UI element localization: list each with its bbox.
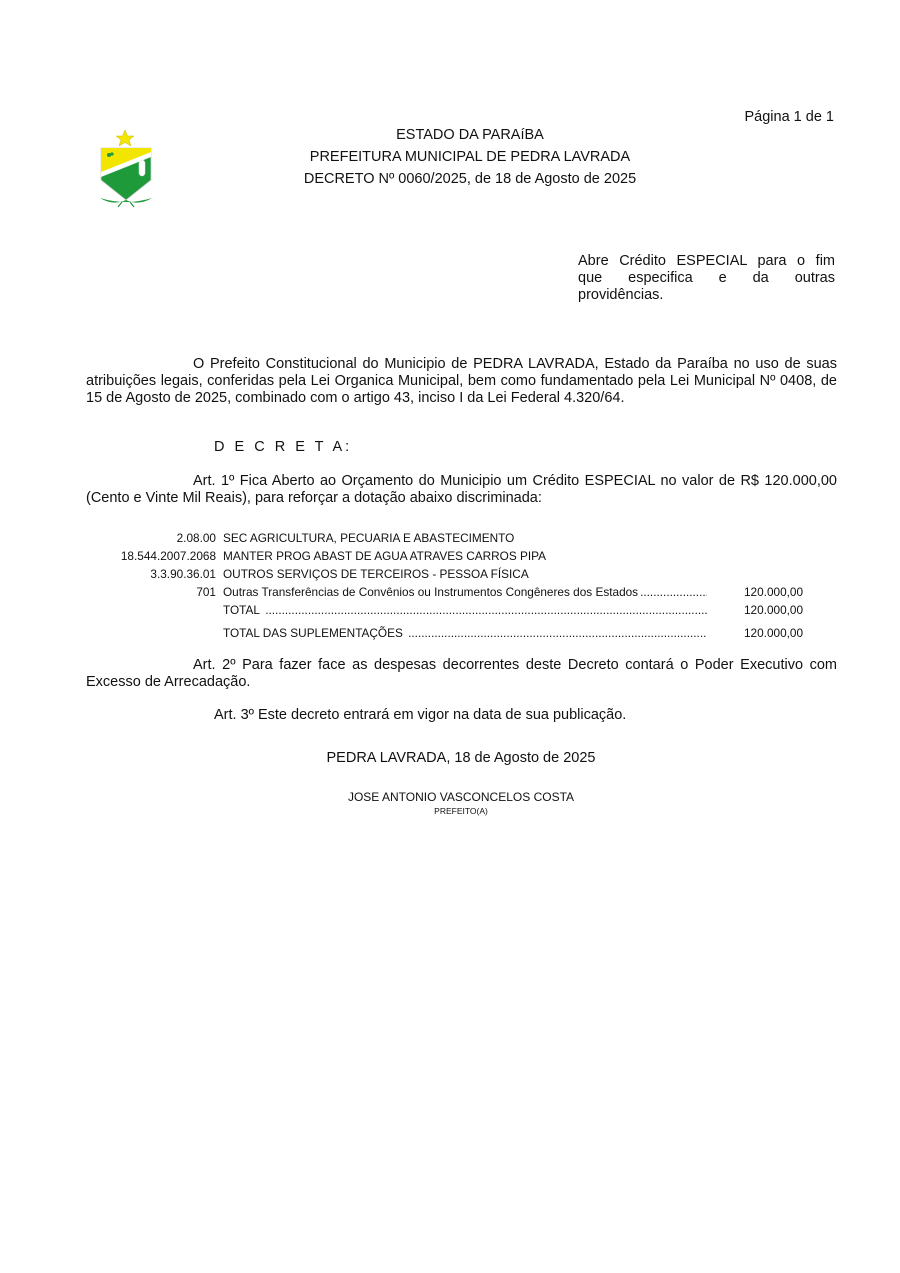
place-date: PEDRA LAVRADA, 18 de Agosto de 2025 xyxy=(0,750,900,766)
page-indicator: Página 1 de 1 xyxy=(745,109,835,125)
article-3: Art. 3º Este decreto entrará em vigor na… xyxy=(214,707,626,723)
grand-total-value: 120.000,00 xyxy=(744,626,803,640)
signatory-title: PREFEITO(A) xyxy=(0,806,900,816)
summary-line: providências. xyxy=(578,287,835,304)
state-name: ESTADO DA PARAíBA xyxy=(260,124,680,146)
budget-description: MANTER PROG ABAST DE AGUA ATRAVES CARROS… xyxy=(223,549,546,563)
budget-code: 18.544.2007.2068 xyxy=(121,549,216,563)
municipality-name: PREFEITURA MUNICIPAL DE PEDRA LAVRADA xyxy=(260,146,680,168)
budget-code: 2.08.00 xyxy=(177,531,216,545)
source-description: Outras Transferências de Convênios ou In… xyxy=(223,585,707,599)
preamble-text: O Prefeito Constitucional do Municipio d… xyxy=(86,356,837,406)
article-1-text: Art. 1º Fica Aberto ao Orçamento do Muni… xyxy=(86,473,837,506)
signatory-name: JOSE ANTONIO VASCONCELOS COSTA xyxy=(0,790,900,804)
summary-line: Abre Crédito ESPECIAL para o fim xyxy=(578,253,835,270)
article-2: Art. 2º Para fazer face as despesas deco… xyxy=(86,657,837,691)
document-header: ESTADO DA PARAíBA PREFEITURA MUNICIPAL D… xyxy=(260,124,680,190)
total-value: 120.000,00 xyxy=(744,603,803,617)
total-label: TOTAL ..................................… xyxy=(223,603,707,617)
source-code: 701 xyxy=(196,585,216,599)
article-1: Art. 1º Fica Aberto ao Orçamento do Muni… xyxy=(86,473,837,507)
decree-summary: Abre Crédito ESPECIAL para o fim que esp… xyxy=(578,253,835,304)
coat-of-arms-icon xyxy=(98,130,156,208)
summary-line: que especifica e da outras xyxy=(578,270,835,287)
budget-description: SEC AGRICULTURA, PECUARIA E ABASTECIMENT… xyxy=(223,531,514,545)
grand-total-label: TOTAL DAS SUPLEMENTAÇÕES ...............… xyxy=(223,626,707,640)
decreta-heading: D E C R E T A: xyxy=(214,439,352,455)
source-value: 120.000,00 xyxy=(744,585,803,599)
preamble-paragraph: O Prefeito Constitucional do Municipio d… xyxy=(86,356,837,407)
article-2-text: Art. 2º Para fazer face as despesas deco… xyxy=(86,657,837,690)
budget-description: OUTROS SERVIÇOS DE TERCEIROS - PESSOA FÍ… xyxy=(223,567,529,581)
decree-title: DECRETO Nº 0060/2025, de 18 de Agosto de… xyxy=(260,168,680,190)
budget-code: 3.3.90.36.01 xyxy=(150,567,216,581)
